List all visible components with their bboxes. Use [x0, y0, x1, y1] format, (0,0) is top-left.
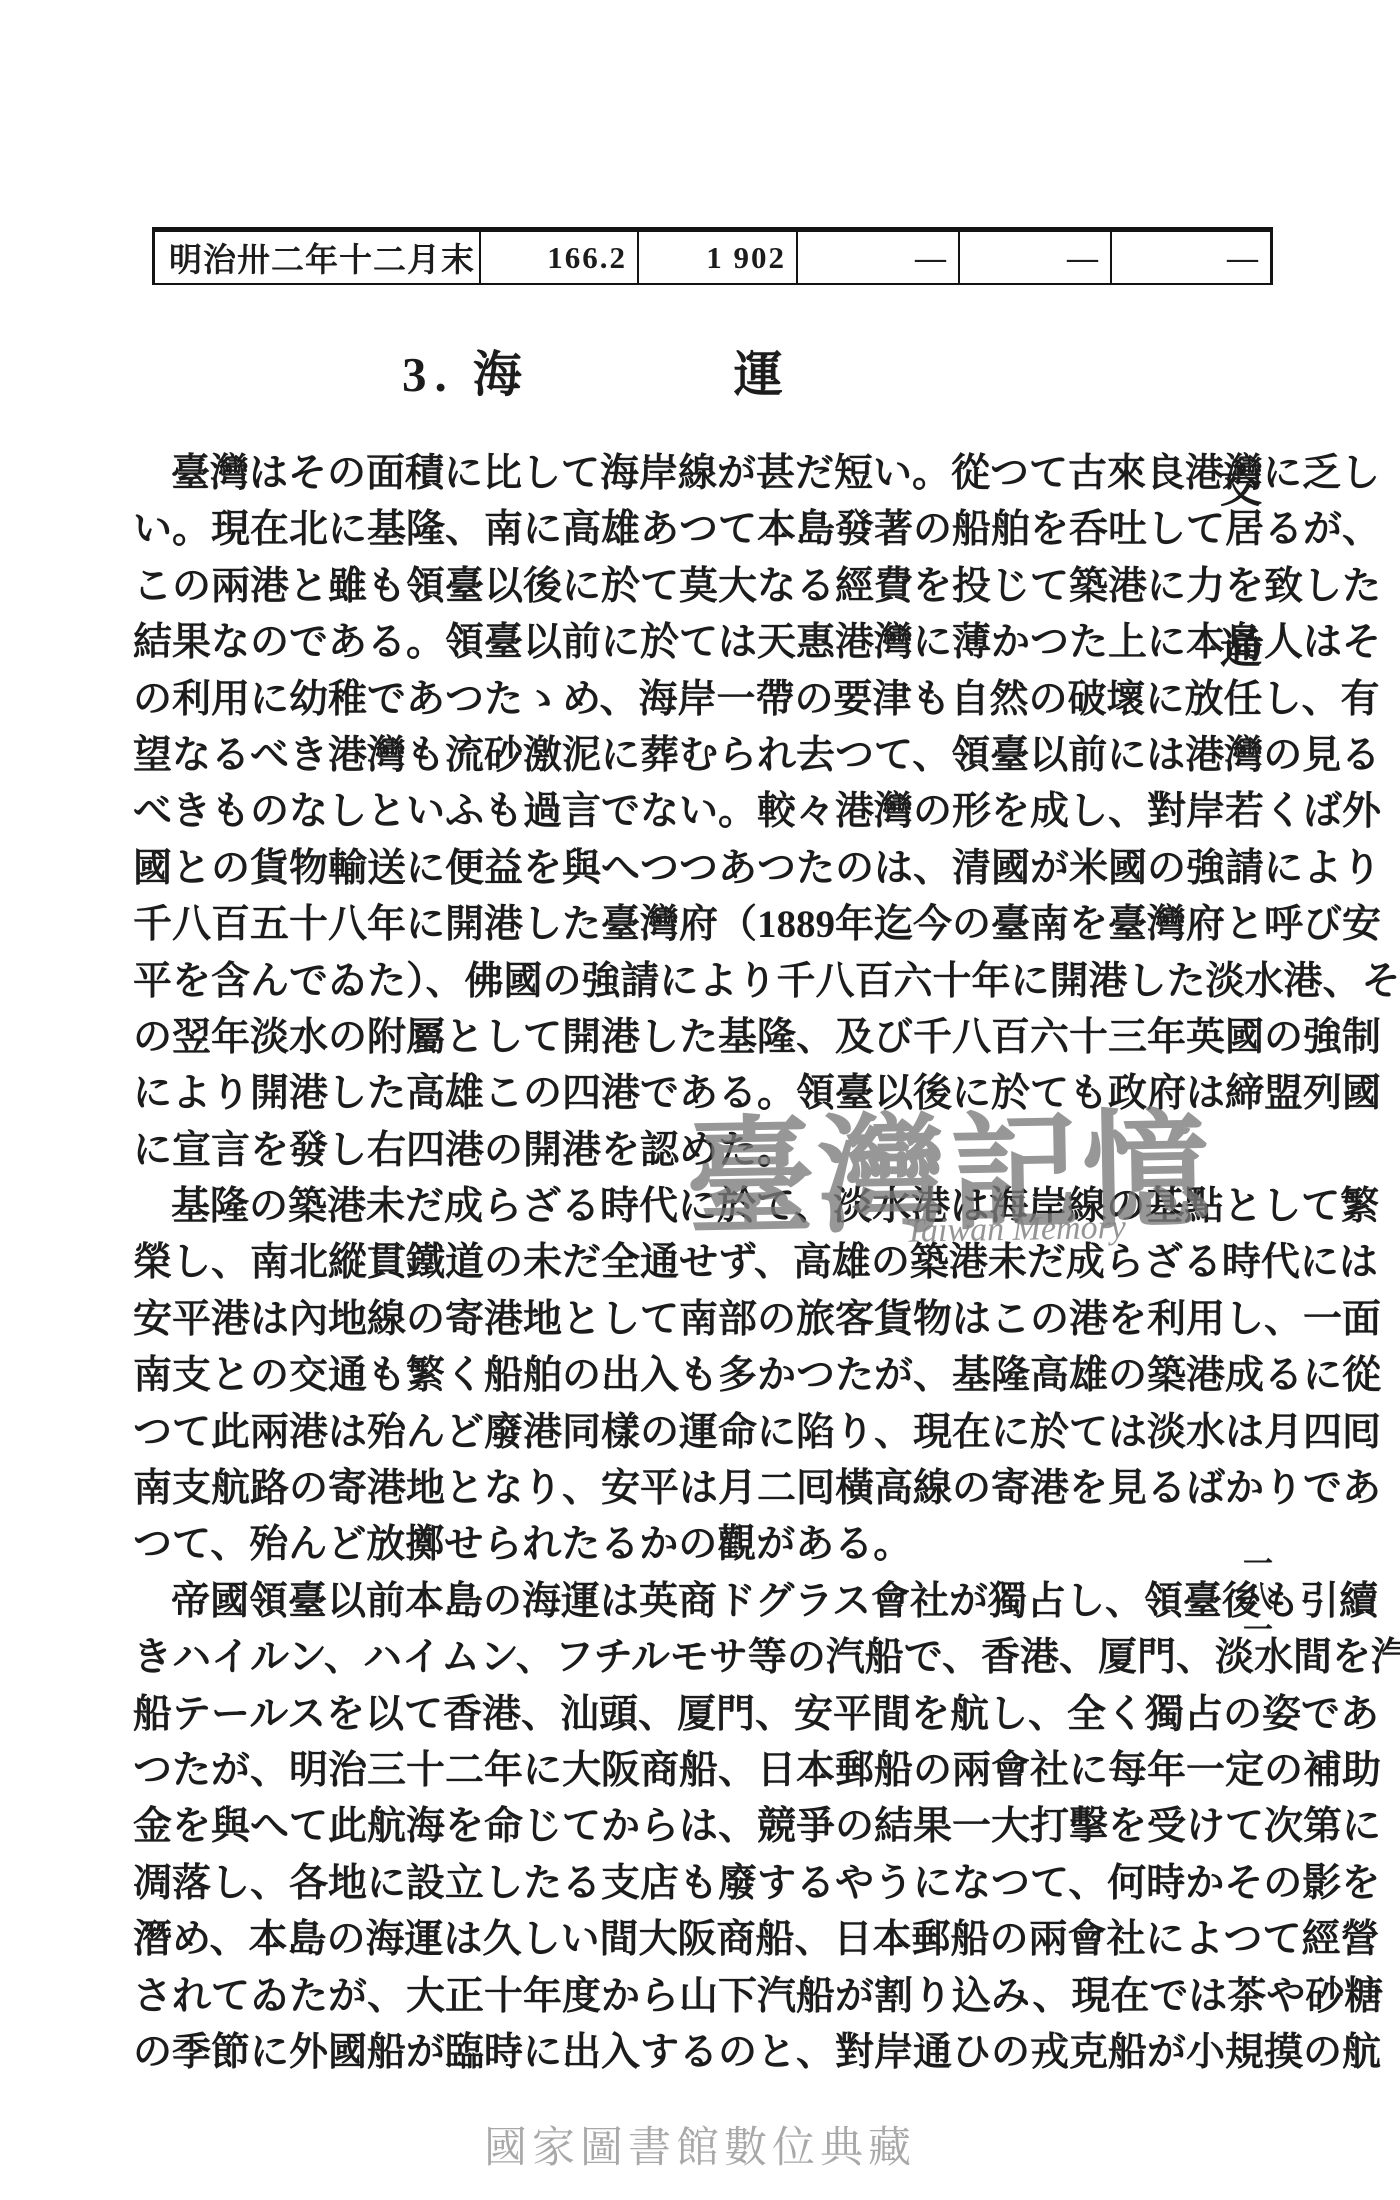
heading-char-1: 海 — [473, 347, 522, 402]
statistics-table-fragment: 明治卅二年十二月末 166.2 1 902 — — — — [152, 227, 1273, 285]
text-line: により開港した高雄この四港である。領臺以後に於ても政府は締盟列國 — [133, 1066, 1190, 1122]
margin-chapter-label-char2: 通 — [1220, 616, 1262, 676]
text-line: の利用に幼稚であつたゝめ、海岸一帶の要津も自然の破壞に放任し、有 — [133, 672, 1190, 728]
heading-char-2: 運 — [734, 347, 783, 402]
text-line: きハイルン、ハイムン、フチルモサ等の汽船で、香港、厦門、淡水間を汽 — [133, 1630, 1190, 1686]
value-cell: — — [797, 230, 959, 285]
text-line: つたが、明治三十二年に大阪商船、日本郵船の兩會社に每年一定の補助 — [133, 1743, 1190, 1799]
text-line: 臺灣はその面積に比して海岸線が甚だ短い。從つて古來良港灣に乏し — [133, 446, 1190, 502]
text-line: されてゐたが、大正十年度から山下汽船が割り込み、現在では茶や砂糖 — [133, 1969, 1190, 2025]
text-line: 望なるべき港灣も流砂激泥に葬むられ去つて、領臺以前には港灣の見る — [133, 728, 1190, 784]
text-line: 潛め、本島の海運は久しい間大阪商船、日本郵船の兩會社によつて經營 — [133, 1912, 1190, 1968]
page-number-char: 一 — [1243, 1548, 1273, 1581]
value-cell: — — [959, 230, 1111, 285]
page-number-char: 一 — [1243, 1614, 1273, 1647]
text-line: つて此兩港は殆んど廢港同樣の運命に陷り、現在に於ては淡水は月四囘 — [133, 1405, 1190, 1461]
table-row: 明治卅二年十二月末 166.2 1 902 — — — — [154, 230, 1272, 285]
footer-caption: 國家圖書館數位典藏 — [0, 2114, 1400, 2175]
page-number-char: 八 — [1243, 1581, 1273, 1614]
text-line: 國との貨物輸送に便益を與へつつあつたのは、清國が米國の強請により — [133, 841, 1190, 897]
margin-chapter-label-char1: 交 — [1220, 455, 1262, 515]
text-line: 基隆の築港未だ成らざる時代に於て、淡水港は海岸線の基點として繁 — [133, 1179, 1190, 1235]
text-line: 南支航路の寄港地となり、安平は月二囘橫高線の寄港を見るばかりであ — [133, 1461, 1190, 1517]
value-cell: 1 902 — [638, 230, 797, 285]
body-text: 臺灣はその面積に比して海岸線が甚だ短い。從つて古來良港灣に乏し い。現在北に基隆… — [133, 446, 1190, 2081]
text-line: 安平港は內地線の寄港地として南部の旅客貨物はこの港を利用し、一面 — [133, 1292, 1190, 1348]
text-line: 凋落し、各地に設立したる支店も廢するやうになつて、何時かその影を — [133, 1856, 1190, 1912]
text-line: 帝國領臺以前本島の海運は英商ドグラス會社が獨占し、領臺後も引續 — [133, 1574, 1190, 1630]
text-line: 千八百五十八年に開港した臺灣府（1889年迄今の臺南を臺灣府と呼び安 — [133, 897, 1190, 953]
text-line: つて、殆んど放擲せられたるかの觀がある。 — [133, 1517, 1190, 1573]
text-line: 南支との交通も繁く船舶の出入も多かつたが、基隆高雄の築港成るに從 — [133, 1348, 1190, 1404]
text-line: 船テールスを以て香港、汕頭、厦門、安平間を航し、全く獨占の姿であ — [133, 1687, 1190, 1743]
text-line: い。現在北に基隆、南に高雄あつて本島發著の船舶を呑吐して居るが、 — [133, 502, 1190, 558]
page-number: 一 八 一 — [1243, 1548, 1273, 1647]
text-line: 結果なのである。領臺以前に於ては天惠港灣に薄かつた上に本島人はそ — [133, 615, 1190, 671]
text-line: の翌年淡水の附屬として開港した基隆、及び千八百六十三年英國の強制 — [133, 1010, 1190, 1066]
value-cell: 166.2 — [480, 230, 638, 285]
text-line: 金を與へて此航海を命じてからは、競爭の結果一大打擊を受けて次第に — [133, 1799, 1190, 1855]
text-line: べきものなしといふも過言でない。較々港灣の形を成し、對岸若くば外 — [133, 784, 1190, 840]
text-line: の季節に外國船が臨時に出入するのと、對岸通ひの戎克船が小規摸の航 — [133, 2025, 1190, 2081]
text-line: に宣言を發し右四港の開港を認めた。 — [133, 1123, 1190, 1179]
value-cell: — — [1111, 230, 1272, 285]
text-line: 榮し、南北縱貫鐵道の未だ全通せず、高雄の築港未だ成らざる時代には — [133, 1235, 1190, 1291]
text-line: 平を含んでゐた）、佛國の強請により千八百六十年に開港した淡水港、そ — [133, 954, 1190, 1010]
text-line: この兩港と雖も領臺以後に於て莫大なる經費を投じて築港に力を致した — [133, 559, 1190, 615]
row-label-cell: 明治卅二年十二月末 — [154, 230, 481, 285]
section-number: 3. — [402, 347, 455, 402]
section-heading: 3.海運 — [402, 336, 783, 396]
